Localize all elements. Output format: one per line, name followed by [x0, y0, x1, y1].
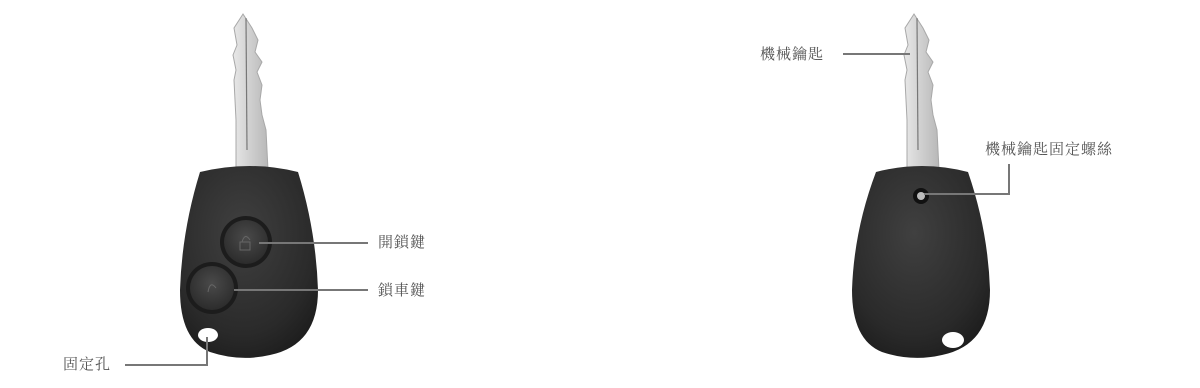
leader-screw-h — [924, 193, 1009, 195]
leader-hole-v — [206, 337, 208, 365]
leader-unlock — [259, 242, 368, 244]
label-fixing-hole: 固定孔 — [63, 355, 111, 373]
label-mechanical-key-screw: 機械鑰匙固定螺絲 — [985, 140, 1113, 158]
front-key — [180, 14, 318, 358]
key-diagram: 開鎖鍵 鎖車鍵 固定孔 機械鑰匙 機械鑰匙固定螺絲 — [0, 0, 1200, 388]
leader-lock — [234, 289, 368, 291]
label-unlock-button: 開鎖鍵 — [378, 233, 426, 251]
back-key — [852, 14, 990, 358]
leader-mech-key — [843, 53, 910, 55]
label-lock-button: 鎖車鍵 — [378, 281, 426, 299]
leader-screw-v — [1008, 164, 1010, 195]
key-illustration — [0, 0, 1200, 388]
label-mechanical-key: 機械鑰匙 — [760, 45, 824, 63]
leader-hole-h — [125, 364, 208, 366]
